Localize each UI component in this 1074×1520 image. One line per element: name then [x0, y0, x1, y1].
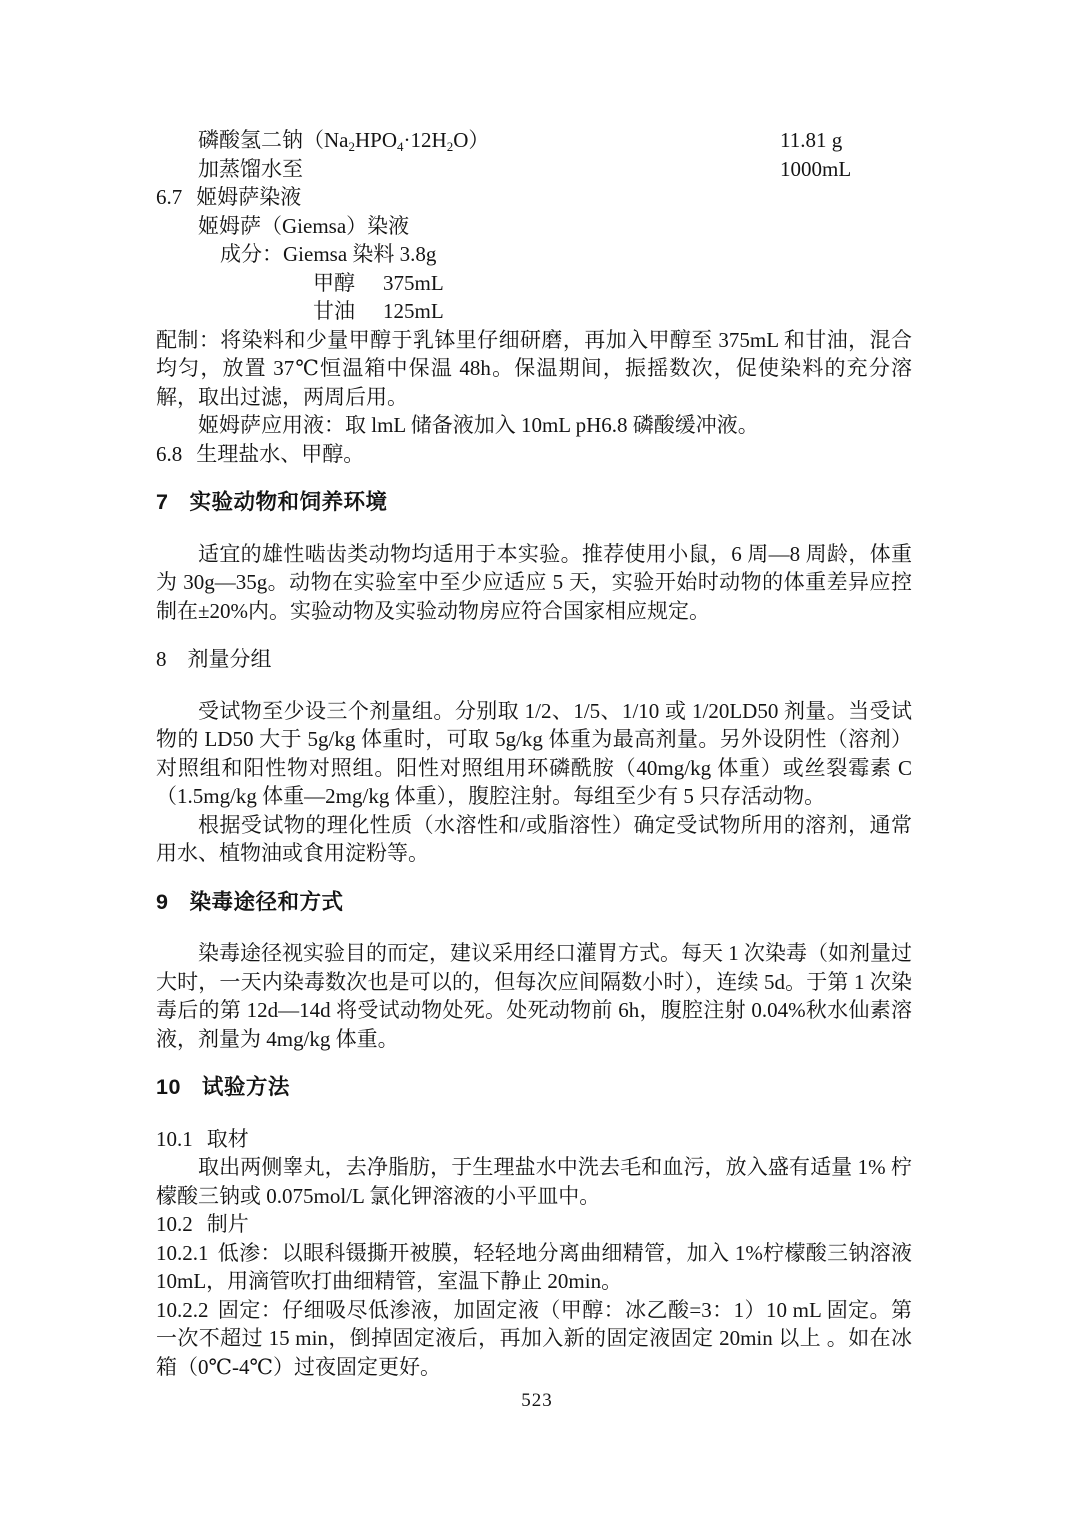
clause-number: 6.8	[156, 442, 182, 466]
clause-text: 低渗：以眼科镊撕开被膜，轻轻地分离曲细精管，加入 1%柠檬酸三钠溶液 10mL，…	[156, 1241, 912, 1294]
section-8-heading: 8剂量分组	[156, 645, 912, 674]
clause-6-8: 6.8生理盐水、甲醇。	[156, 440, 912, 469]
clause-number: 10.2.2	[156, 1298, 209, 1322]
giemsa-stain-line: 姬姆萨（Giemsa）染液	[156, 212, 912, 241]
clause-10-2: 10.2制片	[156, 1210, 912, 1239]
component-amount: 125mL	[383, 299, 444, 323]
clause-10-1-paragraph: 取出两侧睾丸，去净脂肪，于生理盐水中洗去毛和血污，放入盛有适量 1% 柠檬酸三钠…	[156, 1153, 912, 1210]
section-9-paragraph: 染毒途径视实验目的而定，建议采用经口灌胃方式。每天 1 次染毒（如剂量过大时，一…	[156, 939, 912, 1053]
clause-number: 6.7	[156, 185, 182, 209]
section-number: 8	[156, 647, 167, 671]
section-8-paragraph-1: 受试物至少设三个剂量组。分别取 1/2、1/5、1/10 或 1/20LD50 …	[156, 697, 912, 811]
giemsa-composition-line: 成分：Giemsa 染料 3.8g	[156, 240, 912, 269]
clause-6-7: 6.7姬姆萨染液	[156, 183, 912, 212]
section-title: 试验方法	[202, 1075, 290, 1099]
giemsa-methanol-line: 甲醇375mL	[156, 269, 912, 298]
section-7-paragraph: 适宜的雄性啮齿类动物均适用于本实验。推荐使用小鼠，6 周—8 周龄，体重为 30…	[156, 540, 912, 626]
page-number: 523	[0, 1390, 1074, 1412]
reagent-name-formula: 磷酸氢二钠（Na2HPO4·12H2O）	[198, 128, 489, 152]
clause-title: 制片	[207, 1212, 249, 1236]
section-9-heading: 9染毒途径和方式	[156, 888, 912, 917]
section-7-heading: 7实验动物和饲养环境	[156, 488, 912, 517]
reagent-amount: 1000mL	[780, 155, 851, 184]
section-number: 10	[156, 1075, 181, 1099]
document-content: 磷酸氢二钠（Na2HPO4·12H2O） 11.81 g 加蒸馏水至 1000m…	[156, 126, 912, 1381]
section-title: 实验动物和饲养环境	[189, 490, 387, 514]
clause-10-2-2-paragraph: 10.2.2固定：仔细吸尽低渗液，加固定液（甲醇：冰乙酸=3：1）10 mL 固…	[156, 1296, 912, 1382]
reagent-row-disodium-phosphate: 磷酸氢二钠（Na2HPO4·12H2O） 11.81 g	[156, 126, 912, 155]
component-amount: 375mL	[383, 271, 444, 295]
reagent-amount: 11.81 g	[780, 126, 842, 155]
giemsa-glycerol-line: 甘油125mL	[156, 297, 912, 326]
giemsa-application-line: 姬姆萨应用液：取 lmL 储备液加入 10mL pH6.8 磷酸缓冲液。	[156, 411, 912, 440]
clause-title: 姬姆萨染液	[196, 185, 301, 209]
clause-10-2-1-paragraph: 10.2.1低渗：以眼科镊撕开被膜，轻轻地分离曲细精管，加入 1%柠檬酸三钠溶液…	[156, 1239, 912, 1296]
clause-text: 固定：仔细吸尽低渗液，加固定液（甲醇：冰乙酸=3：1）10 mL 固定。第一次不…	[156, 1298, 912, 1379]
section-number: 9	[156, 890, 168, 914]
clause-10-1: 10.1取材	[156, 1125, 912, 1154]
clause-number: 10.1	[156, 1127, 193, 1151]
clause-title: 生理盐水、甲醇。	[196, 442, 364, 466]
document-page: 磷酸氢二钠（Na2HPO4·12H2O） 11.81 g 加蒸馏水至 1000m…	[0, 0, 1074, 1520]
reagent-row-distilled-water: 加蒸馏水至 1000mL	[156, 155, 912, 184]
section-title: 剂量分组	[188, 647, 272, 671]
section-number: 7	[156, 490, 168, 514]
reagent-name: 加蒸馏水至	[198, 157, 303, 181]
clause-number: 10.2	[156, 1212, 193, 1236]
section-title: 染毒途径和方式	[189, 890, 343, 914]
component-name: 甘油	[313, 299, 355, 323]
section-10-heading: 10试验方法	[156, 1073, 912, 1102]
section-8-paragraph-2: 根据受试物的理化性质（水溶性和/或脂溶性）确定受试物所用的溶剂，通常用水、植物油…	[156, 811, 912, 868]
giemsa-preparation-paragraph: 配制：将染料和少量甲醇于乳钵里仔细研磨，再加入甲醇至 375mL 和甘油，混合均…	[156, 326, 912, 412]
component-name: 甲醇	[313, 271, 355, 295]
clause-number: 10.2.1	[156, 1241, 209, 1265]
clause-title: 取材	[207, 1127, 249, 1151]
